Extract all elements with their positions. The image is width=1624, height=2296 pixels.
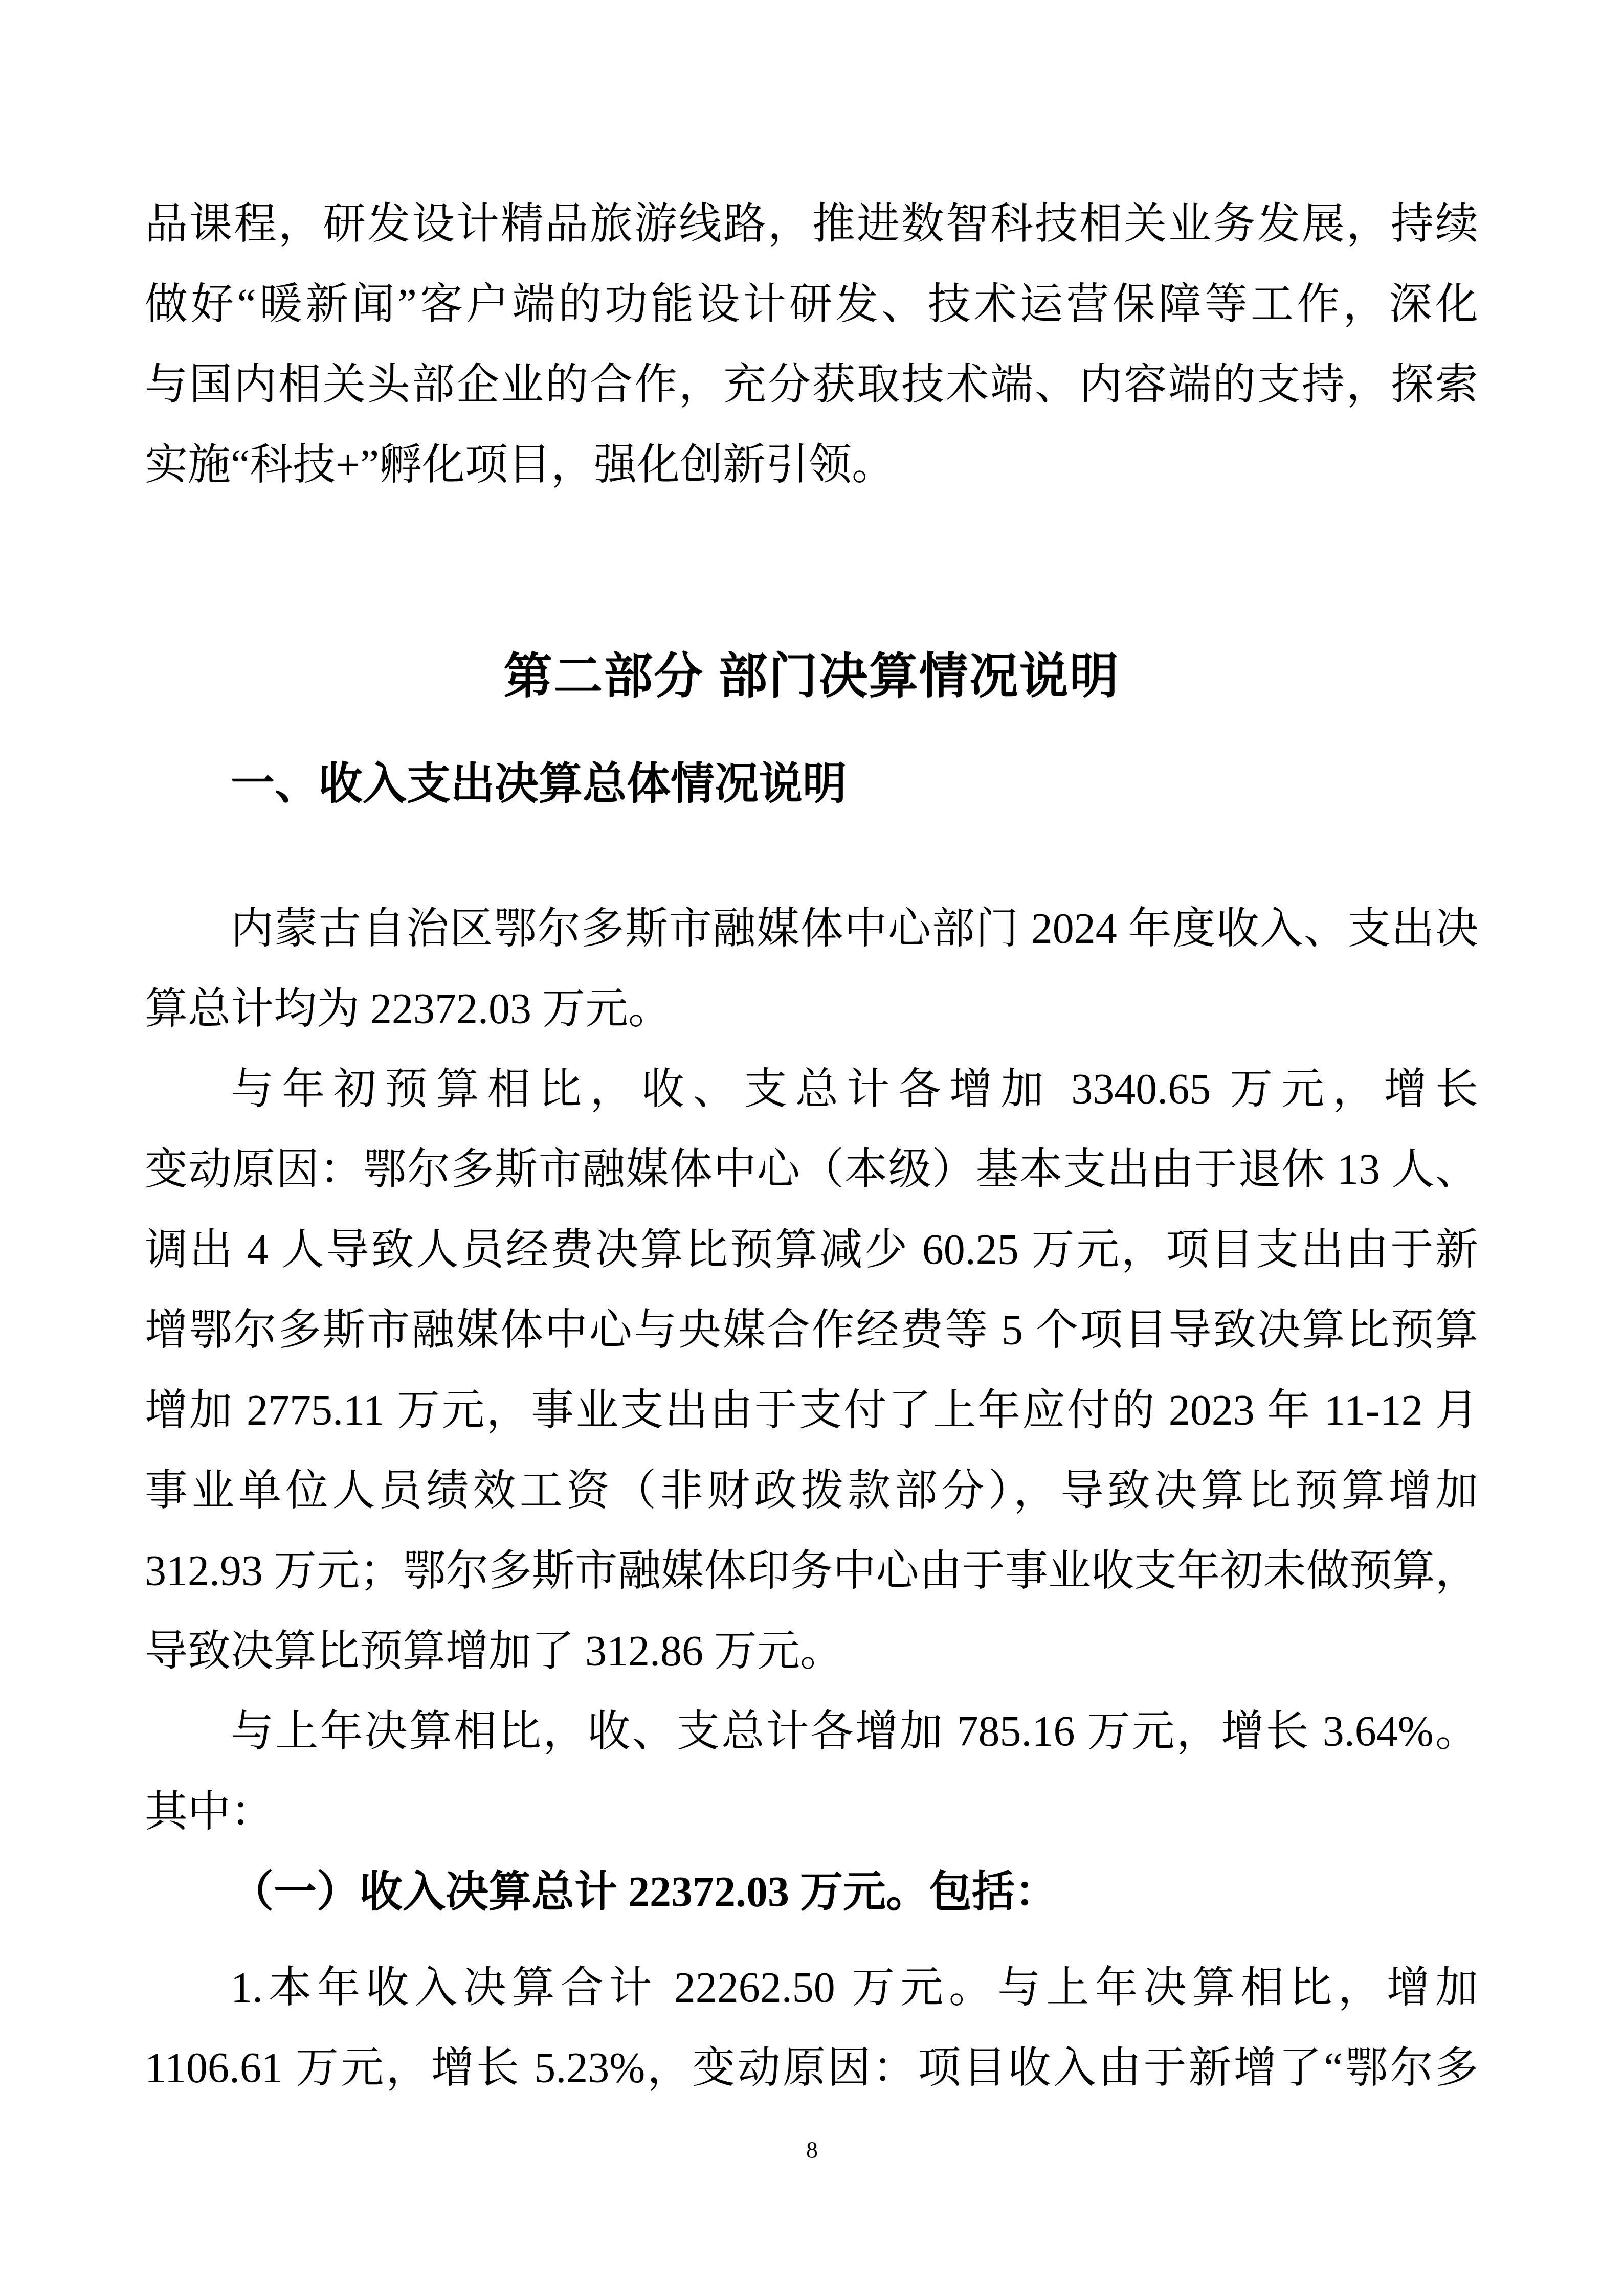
paragraph-yoy-comparison: 与上年决算相比，收、支总计各增加 785.16 万元，增长 3.64%。 其中： bbox=[145, 1692, 1478, 1852]
text-line: 1.本年收入决算合计 22262.50 万元。与上年决算相比，增加 bbox=[145, 1948, 1478, 2028]
paragraph-budget-total: 内蒙古自治区鄂尔多斯市融媒体中心部门 2024 年度收入、支出决 算总计均为 2… bbox=[145, 889, 1478, 1049]
text-line: 与上年决算相比，收、支总计各增加 785.16 万元，增长 3.64%。 bbox=[145, 1692, 1478, 1772]
text-line: 调出 4 人导致人员经费决算比预算减少 60.25 万元，项目支出由于新 bbox=[145, 1210, 1478, 1290]
text-line: 导致决算比预算增加了 312.86 万元。 bbox=[145, 1611, 1478, 1692]
paragraph-budget-comparison: 与年初预算相比，收、支总计各增加 3340.65 万元，增长 17.55%， 变… bbox=[145, 1049, 1478, 1692]
text-line: 实施“科技+”孵化项目，强化创新引领。 bbox=[145, 425, 1478, 505]
text-line: 1106.61 万元，增长 5.23%，变动原因：项目收入由于新增了“鄂尔多 bbox=[145, 2028, 1478, 2108]
text-line: 品课程，研发设计精品旅游线路，推进数智科技相关业务发展，持续 bbox=[145, 184, 1478, 264]
paragraph-continued: 品课程，研发设计精品旅游线路，推进数智科技相关业务发展，持续 做好“暖新闻”客户… bbox=[145, 184, 1478, 505]
text-line: 312.93 万元；鄂尔多斯市融媒体印务中心由于事业收支年初未做预算， bbox=[145, 1531, 1478, 1611]
text-line: 与年初预算相比，收、支总计各增加 3340.65 万元，增长 17.55%， bbox=[145, 1049, 1478, 1130]
text-line: 算总计均为 22372.03 万元。 bbox=[145, 969, 1478, 1049]
page-number: 8 bbox=[0, 2135, 1624, 2166]
text-line: 其中： bbox=[145, 1772, 1478, 1852]
text-line: 与国内相关头部企业的合作，充分获取技术端、内容端的支持，探索 bbox=[145, 345, 1478, 425]
text-line: 做好“暖新闻”客户端的功能设计研发、技术运营保障等工作，深化 bbox=[145, 264, 1478, 345]
text-line: 事业单位人员绩效工资（非财政拨款部分），导致决算比预算增加 bbox=[145, 1451, 1478, 1531]
text-line: 内蒙古自治区鄂尔多斯市融媒体中心部门 2024 年度收入、支出决 bbox=[145, 889, 1478, 969]
subsection-heading: 一、收入支出决算总体情况说明 bbox=[145, 751, 1478, 817]
document-page: 品课程，研发设计精品旅游线路，推进数智科技相关业务发展，持续 做好“暖新闻”客户… bbox=[0, 0, 1624, 2296]
section-heading: 第二部分 部门决算情况说明 bbox=[145, 643, 1478, 710]
income-total-heading: （一）收入决算总计 22372.03 万元。包括： bbox=[145, 1852, 1478, 1932]
paragraph-annual-income: 1.本年收入决算合计 22262.50 万元。与上年决算相比，增加 1106.6… bbox=[145, 1948, 1478, 2108]
text-line: 增鄂尔多斯市融媒体中心与央媒合作经费等 5 个项目导致决算比预算 bbox=[145, 1290, 1478, 1370]
text-line: （一）收入决算总计 22372.03 万元。包括： bbox=[145, 1852, 1478, 1932]
text-line: 变动原因：鄂尔多斯市融媒体中心（本级）基本支出由于退休 13 人、 bbox=[145, 1130, 1478, 1210]
text-line: 增加 2775.11 万元，事业支出由于支付了上年应付的 2023 年 11-1… bbox=[145, 1370, 1478, 1451]
